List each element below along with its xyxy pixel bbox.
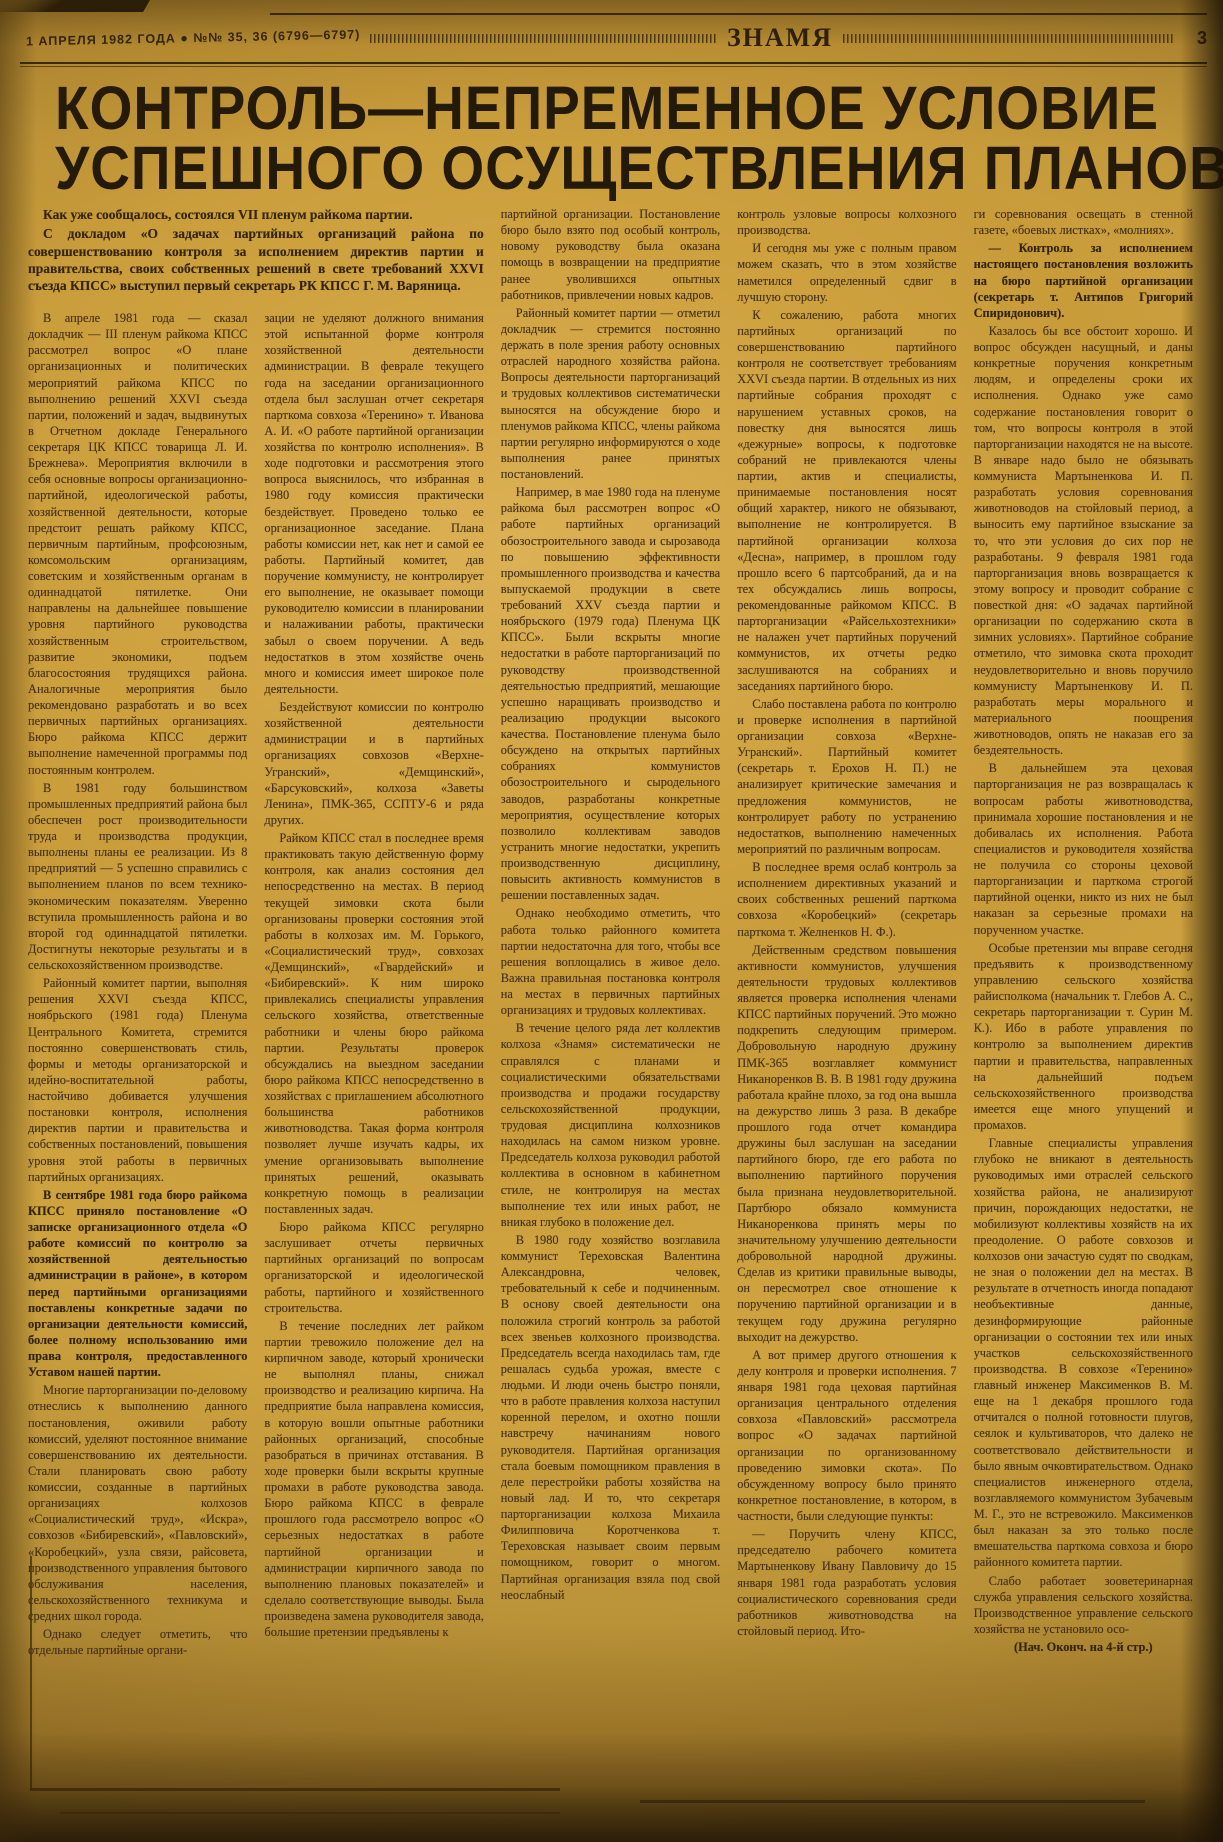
article-headline: КОНТРОЛЬ—НЕПРЕМЕННОЕ УСЛОВИЕ УСПЕШНОГО О…: [55, 74, 1175, 194]
paragraph: Районный комитет партии, выполняя решени…: [28, 975, 247, 1185]
masthead-bottom-rule: [20, 62, 1207, 64]
paragraph: Районный комитет партии — отметил доклад…: [501, 305, 720, 482]
masthead: 1 АПРЕЛЯ 1982 ГОДА ● №№ 35, 36 (6796—679…: [26, 16, 1207, 60]
paragraph: — Поручить члену КПСС, председателю рабо…: [737, 1526, 956, 1639]
bottom-rule-right: [640, 1800, 1145, 1803]
newspaper-title: ЗНАМЯ: [727, 23, 833, 53]
paragraph: В апреле 1981 года — сказал докладчик — …: [28, 310, 247, 778]
paragraph: К сожалению, работа многих партийных орг…: [737, 307, 956, 694]
bottom-rule-left-secondary: [60, 1812, 560, 1814]
article-body: Как уже сообщалось, состоялся VII пленум…: [28, 206, 1193, 1806]
paragraph: В 1980 году хозяйство возглавила коммуни…: [501, 1232, 720, 1603]
paragraph: зации не уделяют должного внимания этой …: [264, 310, 483, 697]
masthead-date-issue: 1 АПРЕЛЯ 1982 ГОДА ● №№ 35, 36 (6796—679…: [26, 28, 361, 49]
paragraph: В 1981 году большинством промышленных пр…: [28, 780, 247, 974]
bottom-left-frame-vertical: [30, 1556, 32, 1790]
bottom-left-frame-horizontal: [30, 1788, 560, 1791]
column-2: зации не уделяют должного внимания этой …: [264, 310, 483, 1806]
paragraph: С докладом «О задачах партийных организа…: [28, 225, 484, 294]
hatch-filler-left: [370, 34, 717, 43]
paragraph: Казалось бы все обстоит хорошо. И вопрос…: [974, 323, 1193, 758]
paragraph: Как уже сообщалось, состоялся VII пленум…: [28, 206, 484, 223]
paragraph: И сегодня мы уже с полным правом можем с…: [737, 240, 956, 305]
paragraph: ги соревнования освещать в стенной газет…: [974, 206, 1193, 238]
paragraph: Слабо поставлена работа по контролю и пр…: [737, 696, 956, 857]
column-5: ги соревнования освещать в стенной газет…: [974, 206, 1193, 1806]
paragraph: Действенным средством повышения активнос…: [737, 942, 956, 1345]
paragraph: В течение последних лет райком партии тр…: [264, 1318, 483, 1641]
paragraph: Например, в мае 1980 года на пленуме рай…: [501, 484, 720, 903]
hatch-filler-right: [843, 34, 1173, 43]
paragraph: В последнее время ослаб контроль за испо…: [737, 859, 956, 940]
paragraph: В течение целого ряда лет коллектив колх…: [501, 1020, 720, 1230]
column-3: партийной организации. Постановление бюр…: [501, 206, 720, 1806]
headline-line-1: КОНТРОЛЬ—НЕПРЕМЕННОЕ УСЛОВИЕ: [55, 74, 1175, 141]
paragraph: Многие парторганизации по-деловому отнес…: [28, 1382, 247, 1624]
paragraph: А вот пример другого отношения к делу ко…: [737, 1347, 956, 1524]
photo-corner-shadow: [0, 0, 150, 12]
paragraph: Однако необходимо отметить, что работа т…: [501, 905, 720, 1018]
paragraph: Бездействуют комиссии по контролю хозяйс…: [264, 699, 483, 828]
paragraph: Бюро райкома КПСС регулярно заслушивает …: [264, 1219, 483, 1316]
paragraph: Однако следует отметить, что отдельные п…: [28, 1626, 247, 1658]
paragraph: Райком КПСС стал в последнее время практ…: [264, 830, 483, 1217]
paragraph: (Нач. Оконч. на 4-й стр.): [974, 1639, 1193, 1655]
newspaper-page: 1 АПРЕЛЯ 1982 ГОДА ● №№ 35, 36 (6796—679…: [0, 0, 1223, 1842]
paragraph: контроль узловые вопросы колхозного прои…: [737, 206, 956, 238]
masthead-top-rule: [270, 13, 1207, 15]
paragraph: В сентябре 1981 года бюро райкома КПСС п…: [28, 1187, 247, 1381]
paragraph: партийной организации. Постановление бюр…: [501, 206, 720, 303]
article-intro: Как уже сообщалось, состоялся VII пленум…: [28, 206, 484, 310]
column-1: В апреле 1981 года — сказал докладчик — …: [28, 310, 247, 1806]
paragraph: Особые претензии мы вправе сегодня предъ…: [974, 940, 1193, 1134]
paragraph: — Контроль за исполнением настоящего пос…: [974, 240, 1193, 321]
column-4: контроль узловые вопросы колхозного прои…: [737, 206, 956, 1806]
paragraph: В дальнейшем эта цеховая парторганизация…: [974, 760, 1193, 937]
paragraph: Главные специалисты управления глубоко н…: [974, 1135, 1193, 1570]
page-number: 3: [1197, 28, 1207, 49]
paragraph: Слабо работает зооветеринарная служба уп…: [974, 1573, 1193, 1638]
masthead-bottom-rule-2: [20, 66, 1207, 67]
headline-line-2: УСПЕШНОГО ОСУЩЕСТВЛЕНИЯ ПЛАНОВ: [55, 134, 1175, 201]
